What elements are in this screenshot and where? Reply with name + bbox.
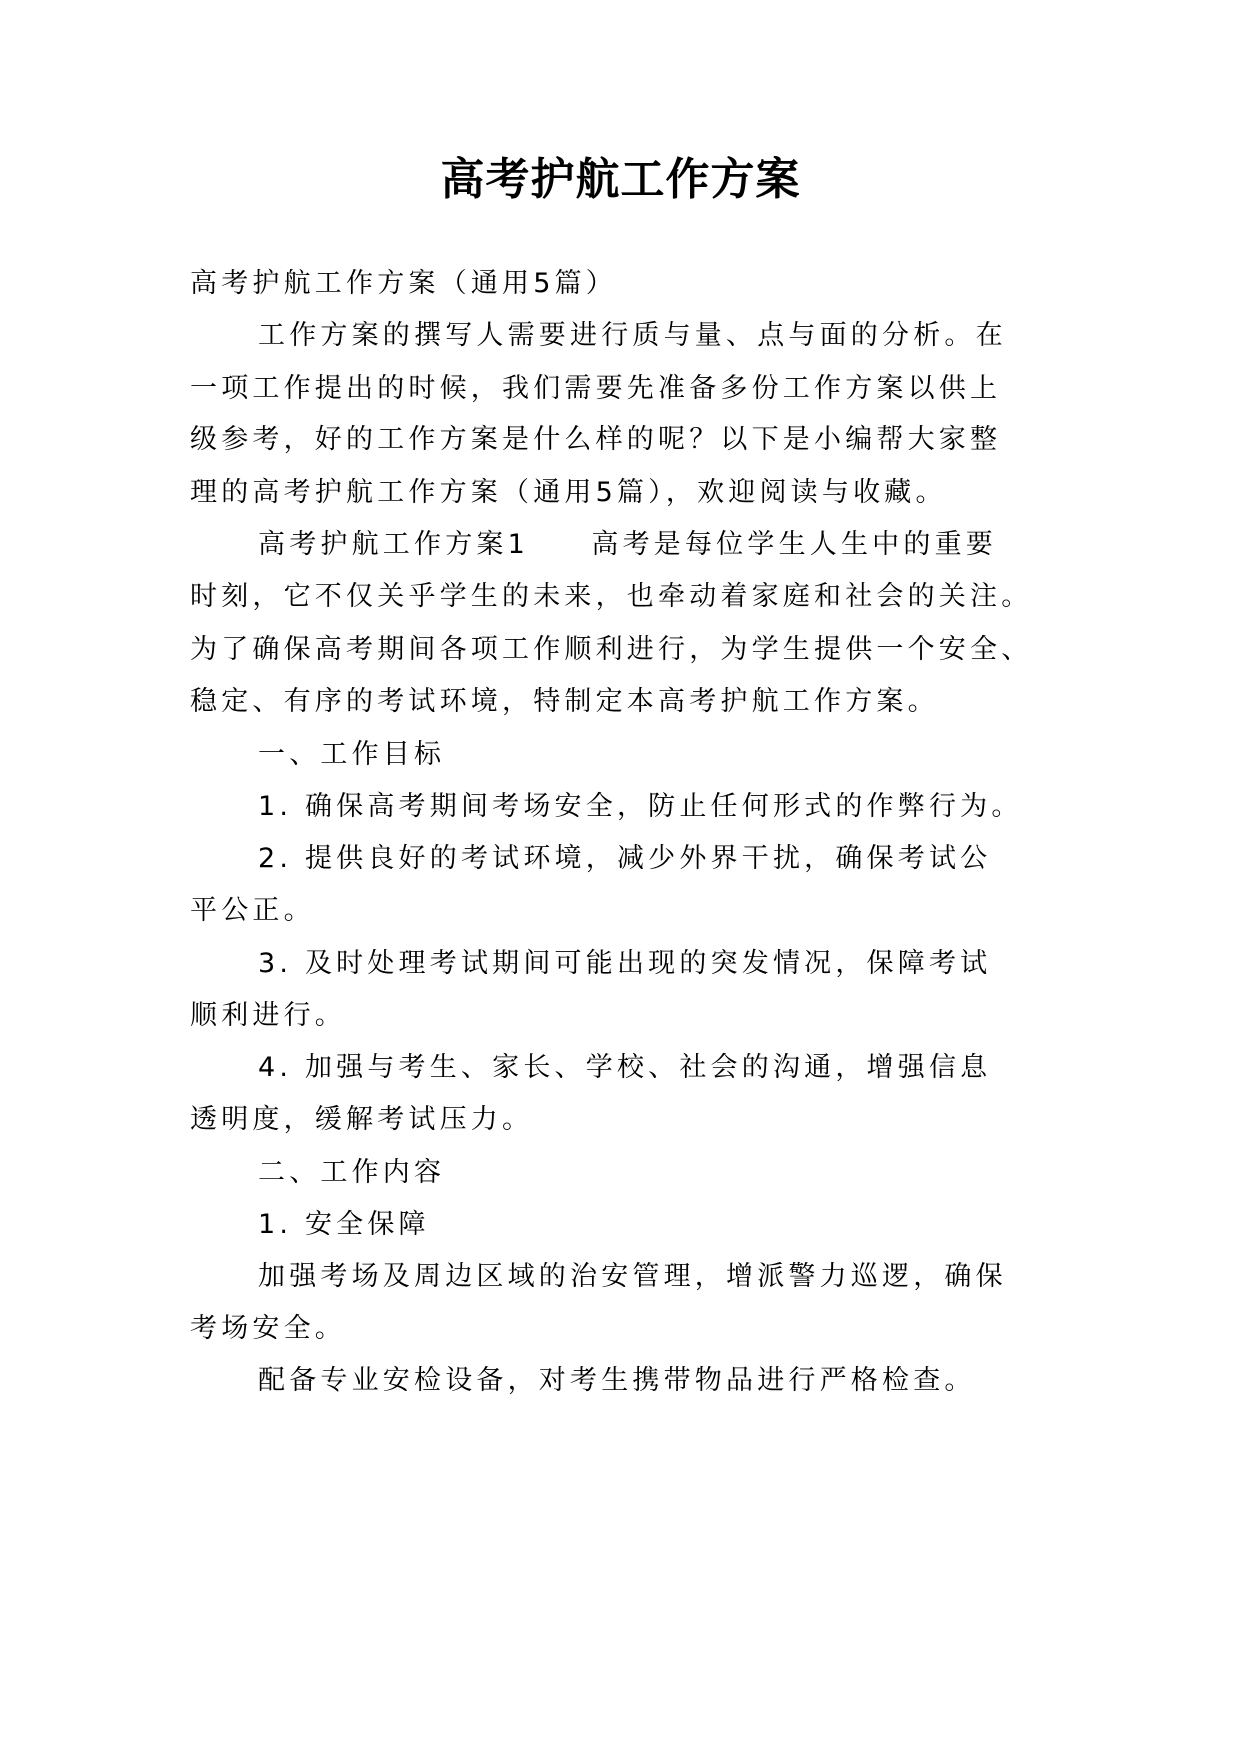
paragraph-line: 一项工作提出的时候，我们需要先准备多份工作方案以供上 (190, 371, 1070, 407)
paragraph-line: 加强考场及周边区域的治安管理，增派警力巡逻，确保 (258, 1259, 1138, 1295)
subsection-heading: 1. 安全保障 (258, 1207, 1138, 1243)
paragraph-line: 稳定、有序的考试环境，特制定本高考护航工作方案。 (190, 684, 1070, 720)
paragraph-line: 配备专业安检设备，对考生携带物品进行严格检查。 (258, 1363, 1138, 1399)
paragraph-line: 理的高考护航工作方案（通用5篇），欢迎阅读与收藏。 (190, 475, 1070, 511)
paragraph-line: 时刻，它不仅关乎学生的未来，也牵动着家庭和社会的关注。 (190, 579, 1070, 615)
paragraph-line: 顺利进行。 (190, 998, 1070, 1034)
section-heading: 一、工作目标 (258, 737, 1138, 773)
document-title: 高考护航工作方案 (0, 152, 1241, 208)
document-page: 高考护航工作方案 高考护航工作方案（通用5篇） 工作方案的撰写人需要进行质与量、… (0, 0, 1241, 1754)
paragraph-line: 工作方案的撰写人需要进行质与量、点与面的分析。在 (258, 318, 1138, 354)
list-item: 2. 提供良好的考试环境，减少外界干扰，确保考试公 (258, 841, 1138, 877)
paragraph-line: 级参考，好的工作方案是什么样的呢？以下是小编帮大家整 (190, 422, 1070, 458)
paragraph-line: 为了确保高考期间各项工作顺利进行，为学生提供一个安全、 (190, 632, 1070, 668)
paragraph-line: 透明度，缓解考试压力。 (190, 1102, 1070, 1138)
list-item: 1. 确保高考期间考场安全，防止任何形式的作弊行为。 (258, 789, 1138, 825)
list-item: 3. 及时处理考试期间可能出现的突发情况，保障考试 (258, 946, 1138, 982)
list-item: 4. 加强与考生、家长、学校、社会的沟通，增强信息 (258, 1050, 1138, 1086)
section-heading: 二、工作内容 (258, 1155, 1138, 1191)
paragraph-line: 平公正。 (190, 893, 1070, 929)
paragraph-line: 考场安全。 (190, 1311, 1070, 1347)
paragraph-line: 高考护航工作方案1 高考是每位学生人生中的重要 (258, 527, 1138, 563)
subtitle-line: 高考护航工作方案（通用5篇） (190, 266, 1070, 302)
